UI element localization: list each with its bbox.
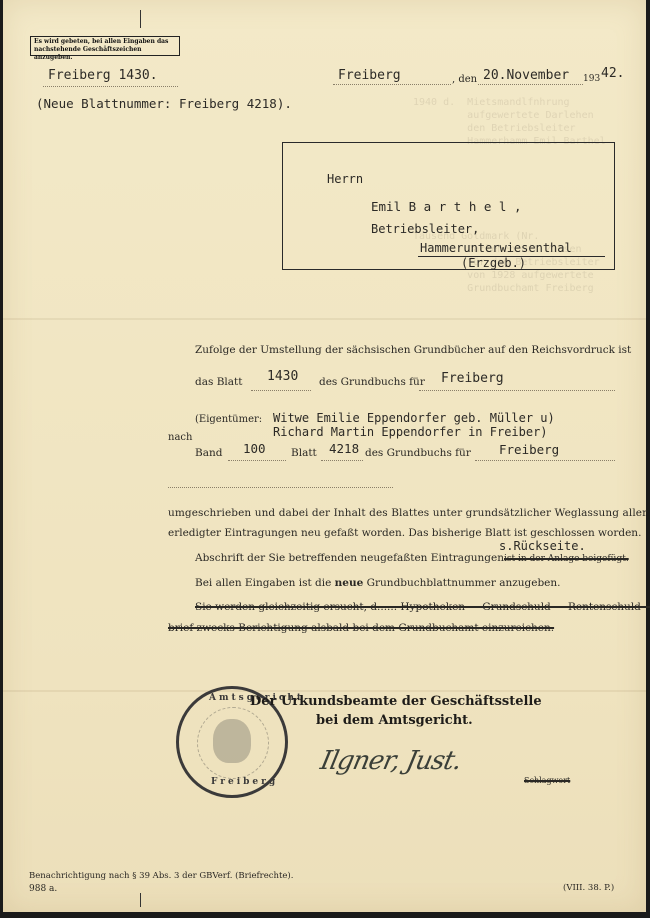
handwritten-signature: Ilgner, Just.: [318, 746, 464, 776]
band-label: Band: [195, 447, 222, 459]
recipient-name: Emil B a r t h e l ,: [371, 199, 522, 214]
salutation: Herrn: [327, 172, 363, 186]
date: 20.November: [483, 68, 569, 83]
grundbuch2-value: Freiberg: [499, 442, 559, 457]
dotted-line: [228, 460, 286, 461]
struck-line-1: Sie werden gleichzeitig ersucht, d......…: [195, 601, 650, 613]
notice-line: nachstehende Geschäftszeichen anzugeben.: [34, 46, 176, 62]
form-title: Benachrichtigung nach § 39 Abs. 3 der GB…: [29, 871, 293, 881]
dotted-line: [251, 390, 311, 391]
dotted-line: [321, 460, 363, 461]
paragraph-3-bold: neue: [335, 577, 364, 589]
paragraph-2-struck: ist in der Anlage beigefügt.: [504, 554, 629, 564]
paragraph-1-line-1: umgeschrieben und dabei der Inhalt des B…: [168, 507, 647, 519]
owner-label: (Eigentümer:: [195, 414, 262, 425]
grundbuch-value: Freiberg: [441, 371, 504, 386]
fold-line: [3, 318, 646, 320]
paragraph-3: Bei allen Eingaben ist die neue Grundbuc…: [195, 577, 561, 589]
fold-mark: [140, 893, 141, 907]
paragraph-3-pre: Bei allen Eingaben ist die: [195, 577, 335, 589]
year-prefix: 193: [583, 74, 600, 84]
grundbuch2-label: des Grundbuchs für: [365, 447, 471, 459]
edition-code: (VIII. 38. P.): [563, 883, 614, 893]
grundbuch-label: des Grundbuchs für: [319, 376, 425, 388]
dotted-line: [419, 390, 615, 391]
dotted-line: [478, 84, 583, 85]
paragraph-1-line-2: erledigter Eintragungen neu gefaßt worde…: [168, 527, 641, 539]
intro-text: Zufolge der Umstellung der sächsischen G…: [195, 344, 631, 356]
recipient-region: (Erzgeb.): [461, 256, 526, 270]
dotted-line: [333, 84, 451, 85]
seal-emblem-icon: [213, 719, 251, 763]
dotted-line: [475, 460, 615, 461]
form-number: 988 a.: [29, 884, 57, 894]
blatt-label: das Blatt: [195, 376, 242, 388]
office-line-2: bei dem Amtsgericht.: [316, 713, 473, 728]
document-page: 1940 d. Mietsmandlfnhrung aufgewertete D…: [3, 0, 646, 912]
dotted-line: [43, 86, 178, 87]
new-sheet-number: (Neue Blattnummer: Freiberg 4218).: [36, 96, 292, 111]
owner-line-2: Richard Martin Eppendorfer in Freiber): [273, 425, 548, 439]
file-reference: Freiberg 1430.: [48, 68, 158, 83]
seal-bottom-text: Freiberg: [211, 777, 278, 787]
recipient-city: Hammerunterwiesenthal: [418, 241, 605, 257]
paragraph-2-text: Abschrift der Sie betreffenden neugefaßt…: [195, 552, 504, 564]
bleed-through-text: 1940 d. Mietsmandlfnhrung aufgewertete D…: [413, 96, 606, 148]
struck-line-2: brief zwecks Berichtigung alsbald bei de…: [168, 622, 554, 634]
notice-line: Es wird gebeten, bei allen Eingaben das: [34, 38, 176, 46]
owner-line-1: Witwe Emilie Eppendorfer geb. Müller u): [273, 411, 555, 425]
blatt2-label: Blatt: [291, 447, 317, 459]
paragraph-3-post: Grundbuchblattnummer anzugeben.: [363, 577, 560, 589]
fold-line: [3, 690, 646, 692]
address-box: Herrn Emil B a r t h e l , Betriebsleite…: [282, 142, 615, 270]
nach-label: nach: [168, 432, 192, 443]
struck-small-text: Schlagwort: [524, 776, 570, 785]
year: 42.: [601, 66, 624, 81]
place: Freiberg: [338, 68, 401, 83]
band-value: 100: [243, 441, 266, 456]
office-line-1: Der Urkundsbeamte der Geschäftsstelle: [250, 694, 542, 709]
den-label: , den: [452, 74, 477, 85]
fold-mark: [140, 10, 141, 28]
reference-notice-box: Es wird gebeten, bei allen Eingaben das …: [30, 36, 180, 56]
blatt-value: 1430: [267, 369, 298, 384]
dotted-line: [168, 487, 393, 488]
recipient-title: Betriebsleiter,: [371, 222, 479, 236]
paragraph-2: Abschrift der Sie betreffenden neugefaßt…: [195, 552, 629, 564]
blatt2-value: 4218: [329, 441, 359, 456]
typed-note: s.Rückseite.: [499, 539, 586, 553]
